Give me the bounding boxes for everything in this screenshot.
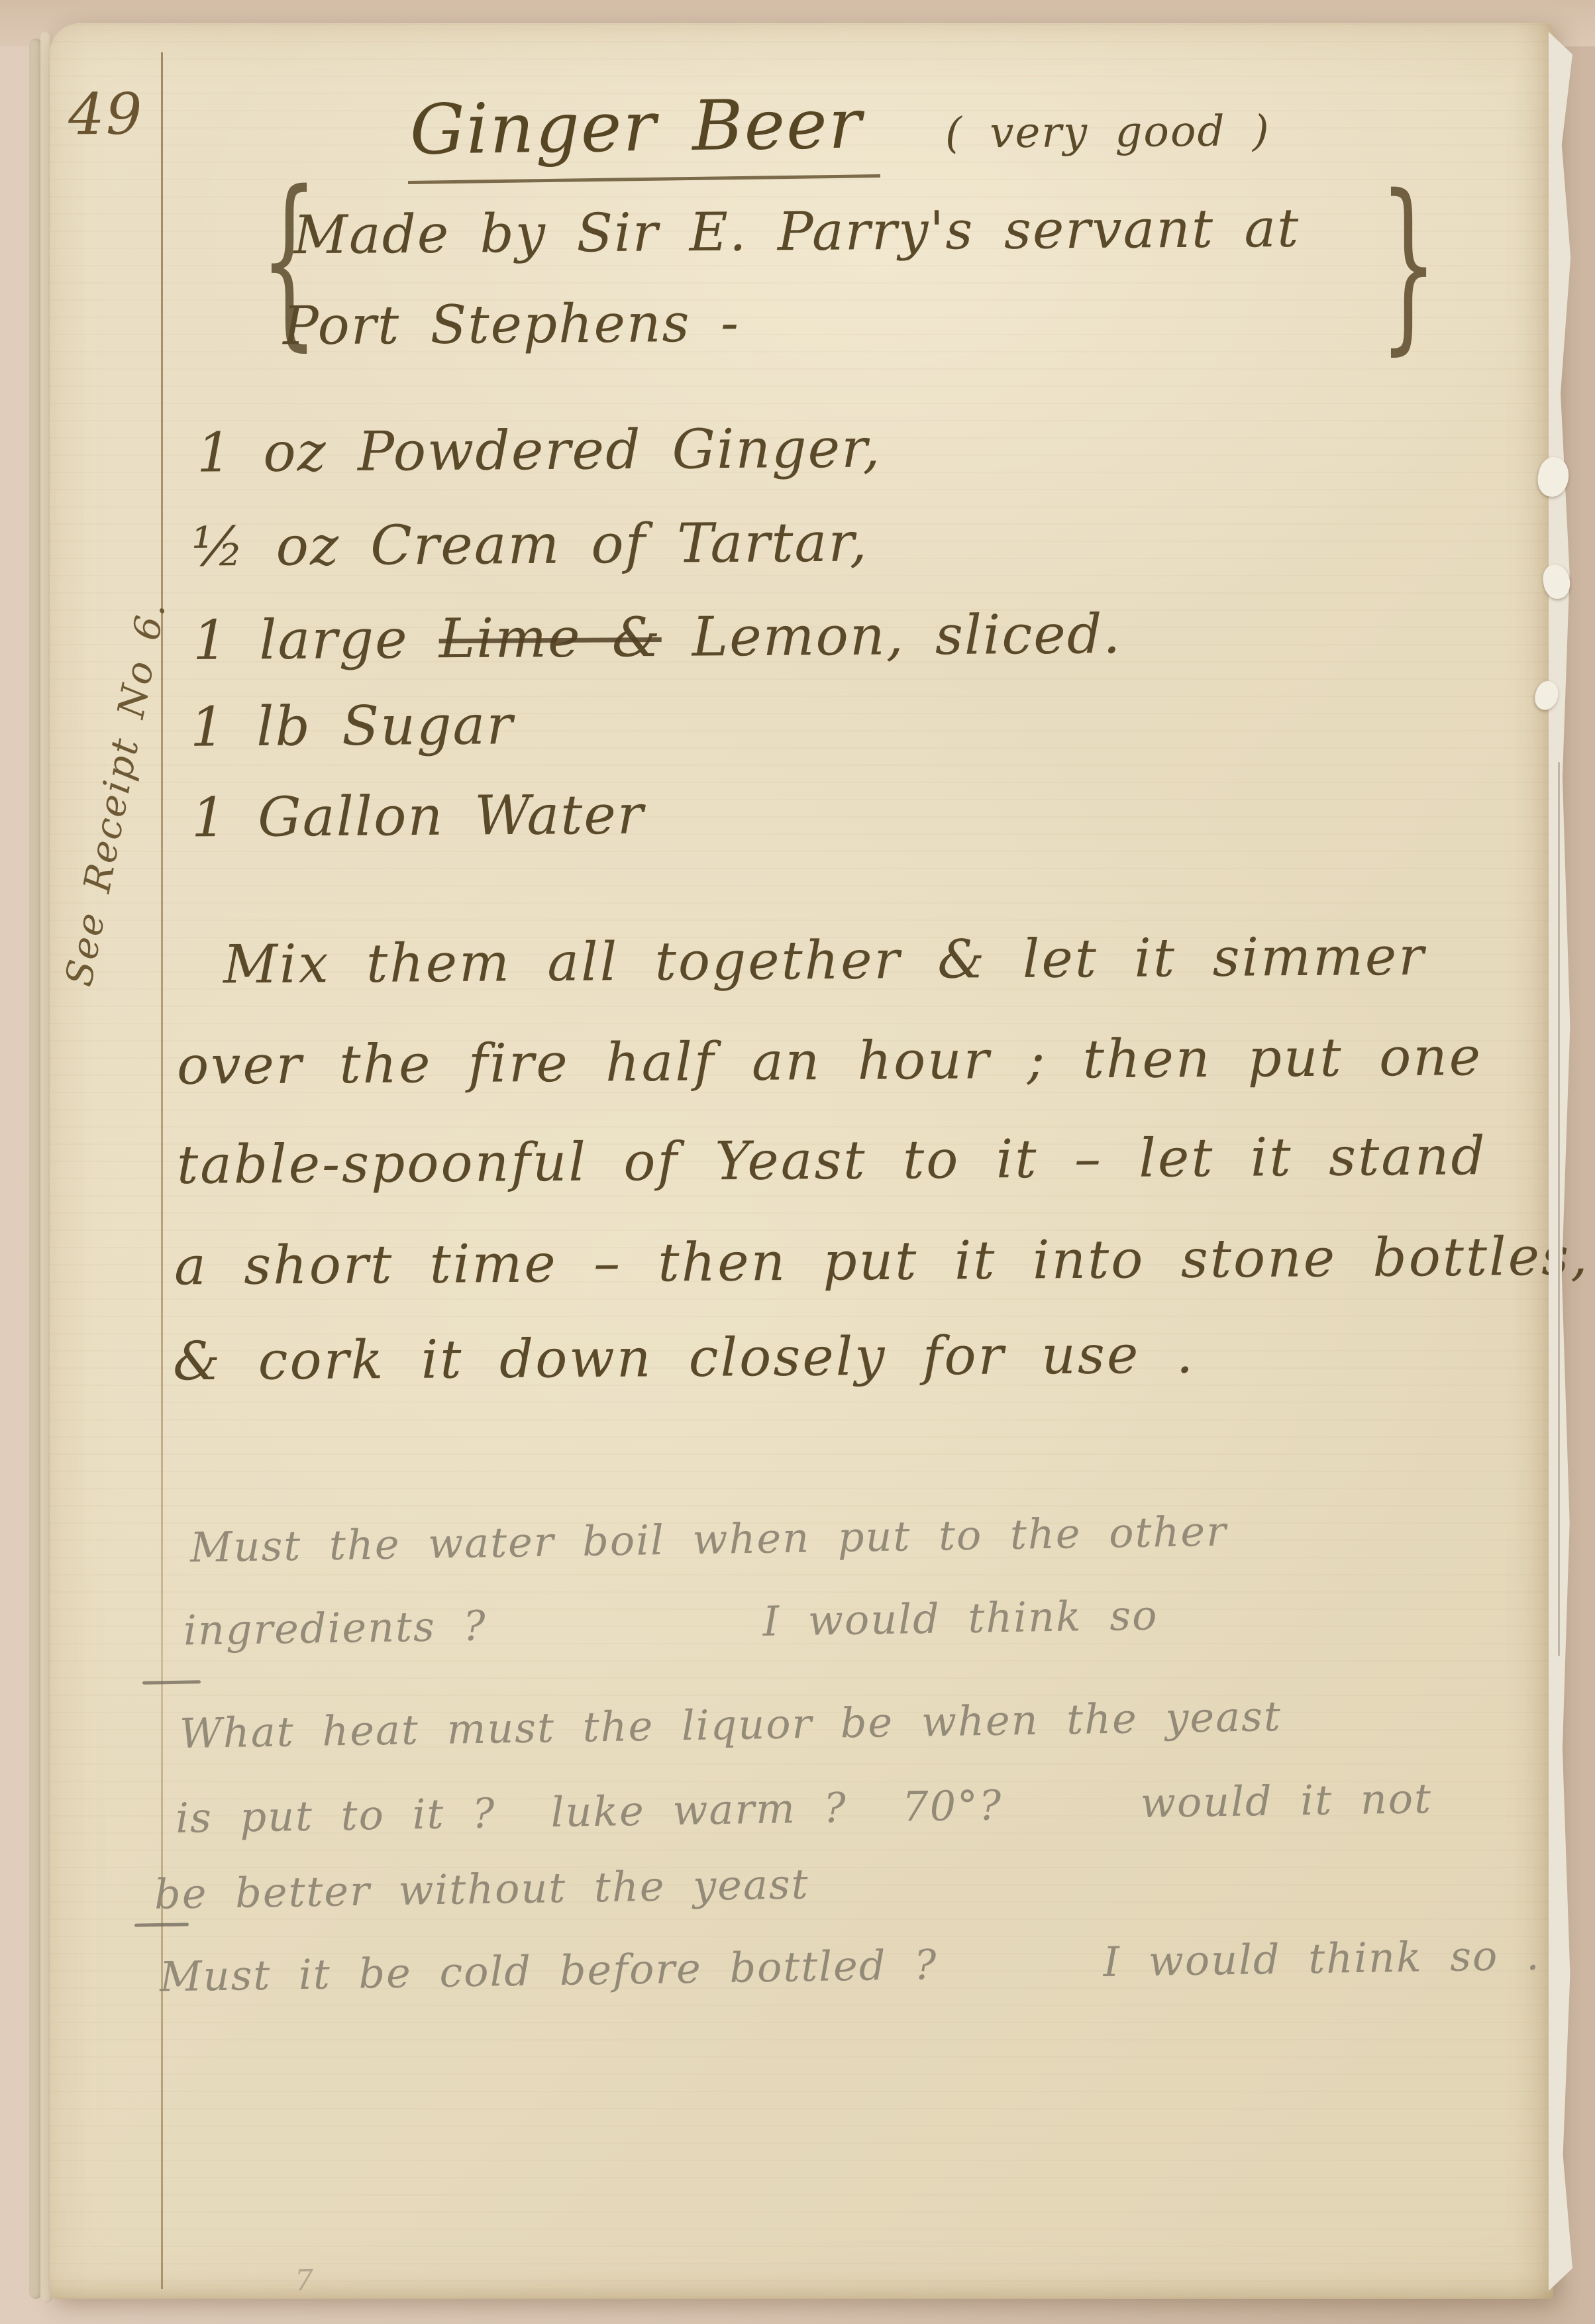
ingredient-text: 1 large [193, 607, 439, 672]
ingredient-text: Lemon, sliced. [661, 603, 1121, 669]
instruction-line: table-spoonful of Yeast to it – let it s… [177, 1125, 1487, 1196]
ingredient-line: 1 Gallon Water [191, 784, 645, 850]
ingredient-line: 1 large Lime & Lemon, sliced. [193, 603, 1122, 672]
ingredient-text: 1 lb Sugar [190, 694, 514, 759]
pencil-note-line: is put to it ? luke warm ? 70°? would it… [176, 1774, 1433, 1842]
instruction-line: & cork it down closely for use . [173, 1324, 1196, 1393]
pencil-note-line: be better without the yeast [154, 1860, 809, 1919]
ingredient-text: 1 Gallon Water [191, 784, 645, 850]
recipe-title-note: ( very good ) [945, 107, 1270, 158]
ingredient-text: 1 oz Powdered Ginger, [197, 417, 882, 484]
instruction-line: Mix them all together & let it simmer [223, 925, 1426, 996]
pencil-divider-dash [134, 1923, 189, 1927]
ingredient-line: 1 lb Sugar [190, 694, 514, 759]
page-number: 49 [68, 81, 144, 148]
torn-edge-crack [1558, 762, 1560, 1656]
torn-page-edge [1549, 32, 1572, 2291]
ingredient-text: ½ oz Cream of Tartar, [191, 511, 868, 578]
attribution-line: Made by Sir E. Parry's servant at [293, 197, 1300, 266]
ingredient-line: 1 oz Powdered Ginger, [197, 417, 882, 484]
recipe-title: Ginger Beer [407, 83, 880, 184]
scanned-manuscript: 49 Ginger Beer ( very good ) { Made by S… [0, 0, 1595, 2324]
pencil-divider-dash [142, 1680, 201, 1685]
margin-note: See Receipt No 6. [47, 542, 185, 1044]
manuscript-page: 49 Ginger Beer ( very good ) { Made by S… [50, 23, 1553, 2299]
ingredient-line: ½ oz Cream of Tartar, [191, 511, 868, 578]
pencil-note-line: Must the water boil when put to the othe… [190, 1507, 1228, 1572]
pencil-note-line: Must it be cold before bottled ? I would… [160, 1931, 1541, 2001]
brace-close-mark: } [1380, 171, 1437, 356]
pencil-note-line: What heat must the liquor be when the ye… [180, 1692, 1282, 1758]
instruction-line: a short time – then put it into stone bo… [174, 1226, 1590, 1297]
attribution-line: Port Stephens - [283, 292, 741, 357]
pencil-note-line: ingredients ? I would think so [183, 1591, 1158, 1654]
ingredient-struck-text: Lime & [438, 606, 662, 670]
instruction-line: over the fire half an hour ; then put on… [177, 1026, 1483, 1096]
pencil-corner-mark: 7 [295, 2264, 315, 2298]
